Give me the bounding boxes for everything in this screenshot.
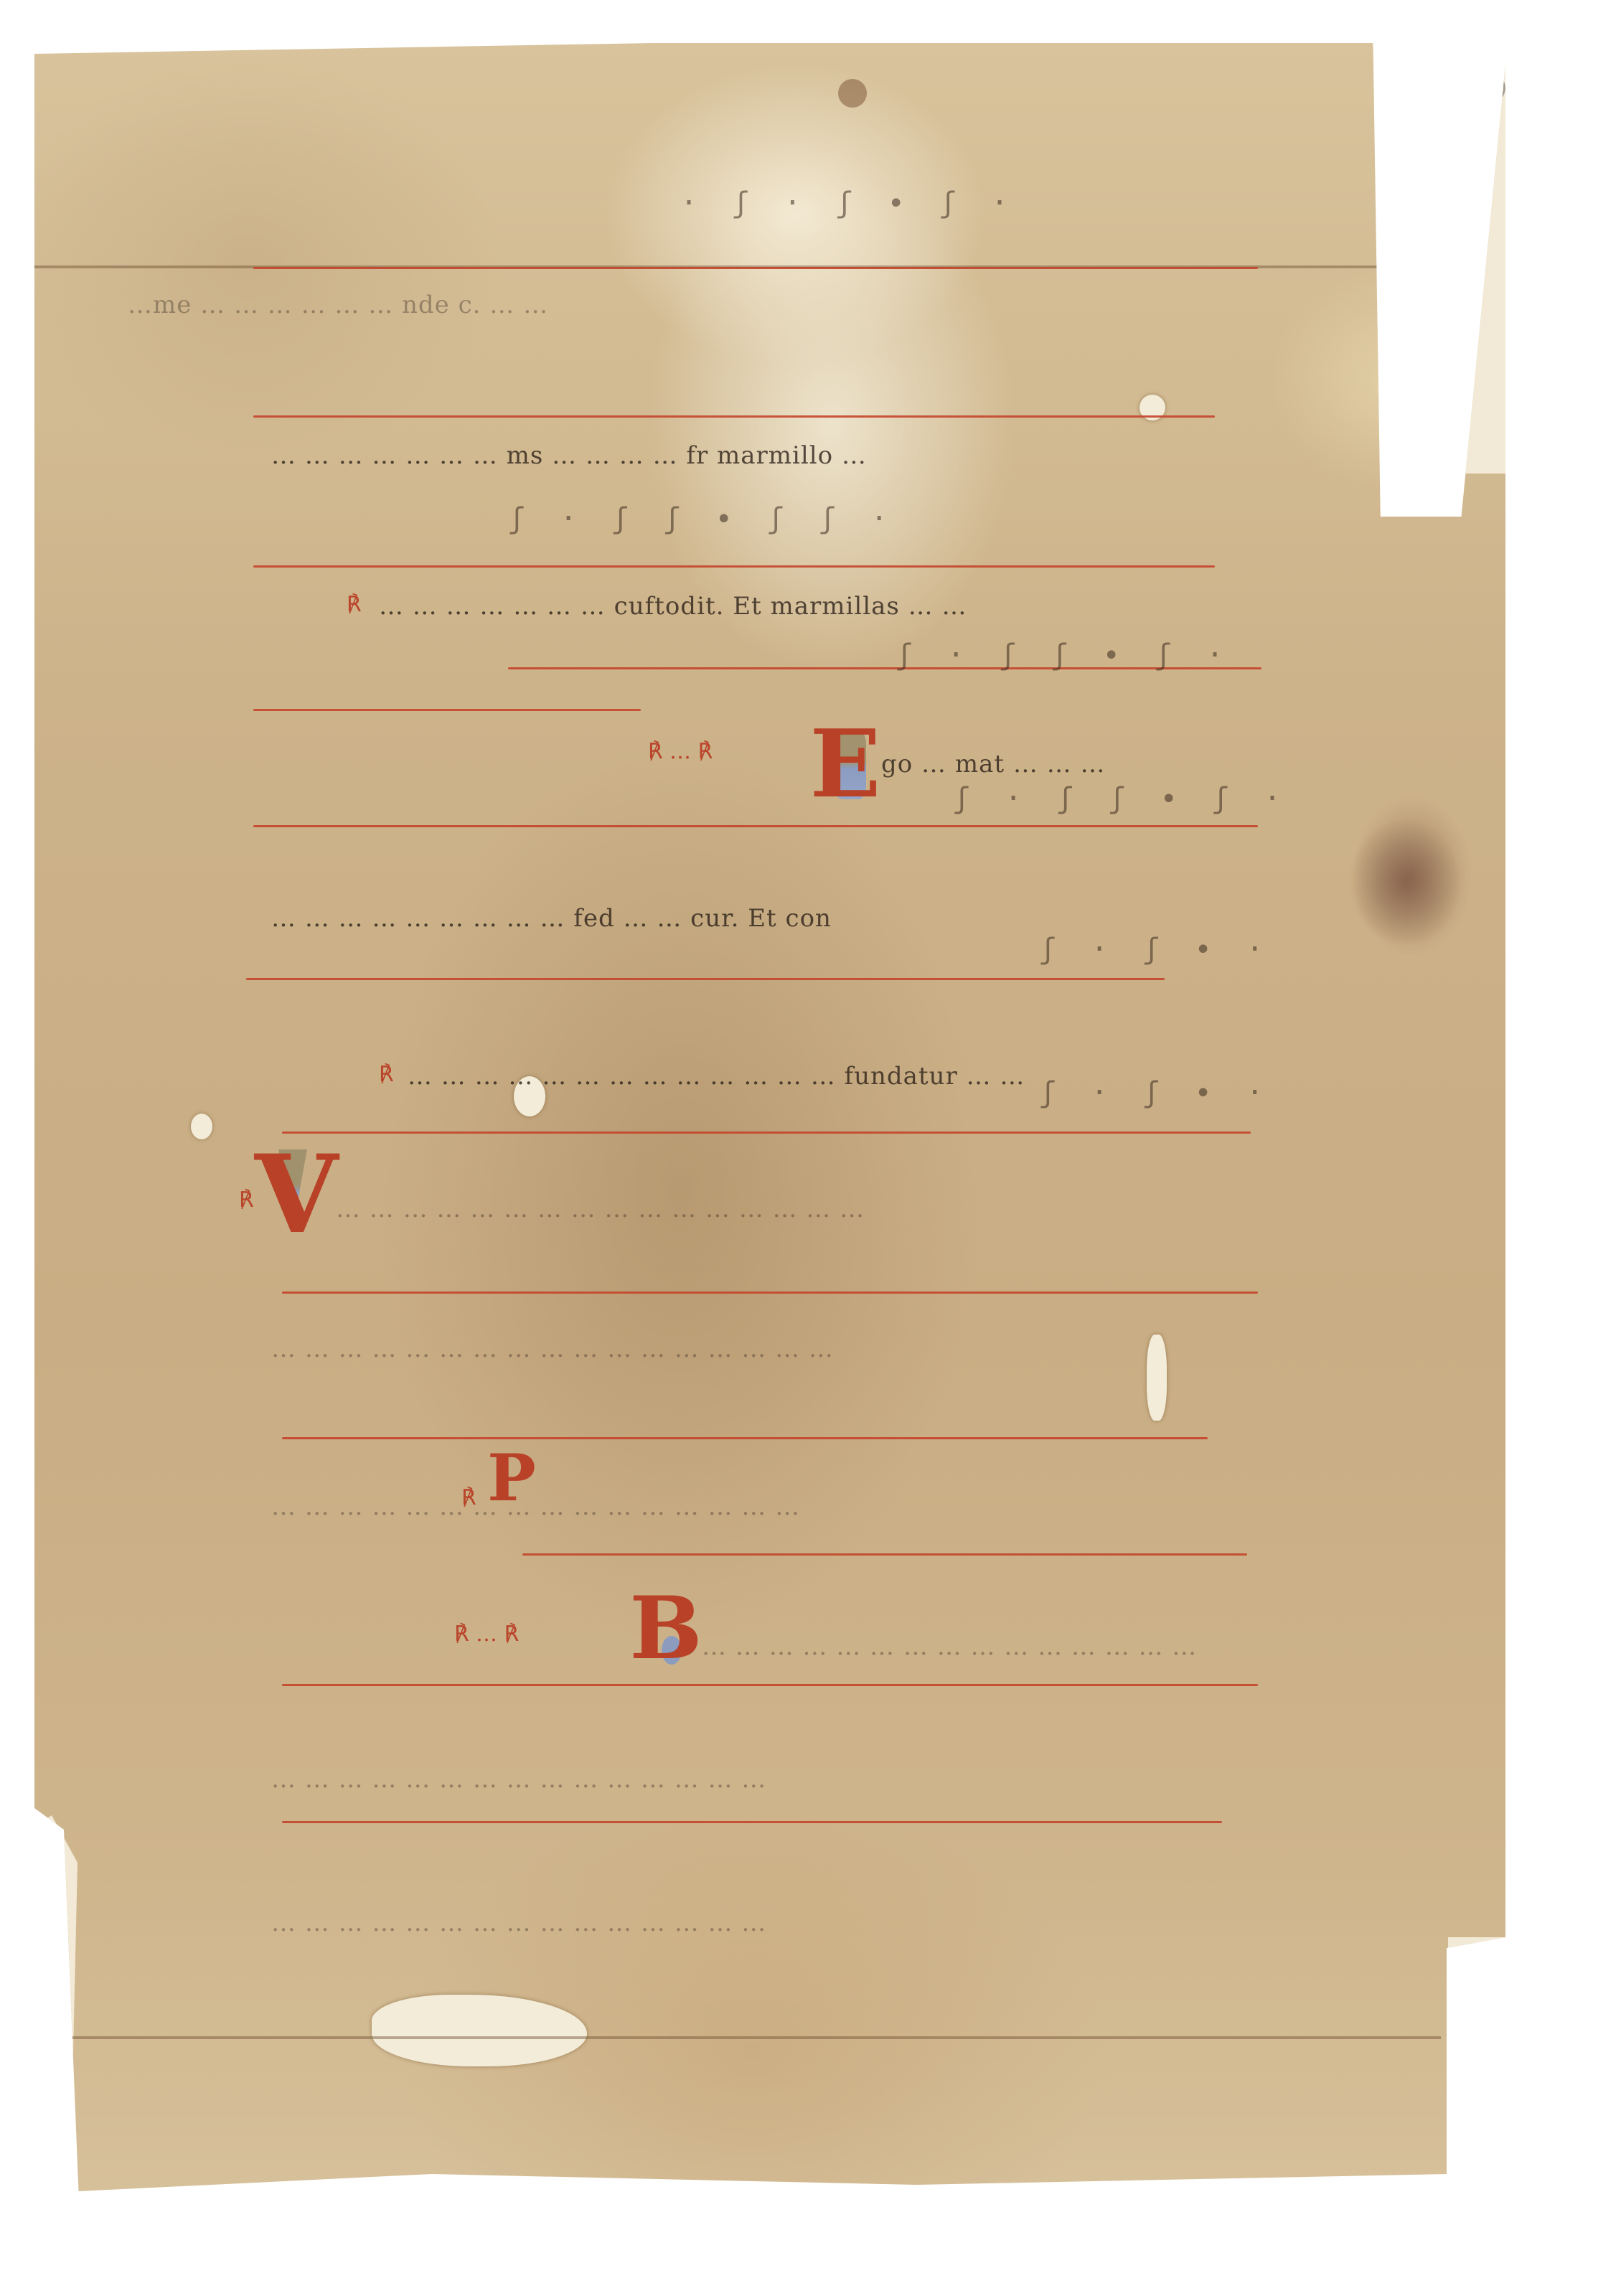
neumes: ʃ · ʃ ʃ ∙ ʃ · (953, 782, 1289, 815)
text-line-3: … … … … … … … cuftodit. Et marmillas … … (379, 592, 967, 621)
text-line-2: … … … … … … … ms … … … … fr marmillo … (271, 441, 867, 470)
text-line-11: … … … … … … … … … … … … … … … (271, 1765, 766, 1794)
neumes: ʃ · ʃ ∙ · (1039, 933, 1272, 966)
neumes: ʃ · ʃ ʃ ∙ ʃ ʃ · (508, 502, 896, 535)
text-line-1: …me … … … … … … nde c. … … (128, 291, 548, 319)
staff-rule (253, 267, 1258, 269)
fold-line-bottom (34, 2036, 1441, 2039)
text-line-6: … … … … … … … … … … … … … fundatur … … (408, 1062, 1025, 1091)
staff-rule (282, 1821, 1222, 1823)
text-line-5: … … … … … … … … … fed … … cur. Et con (271, 904, 832, 933)
unstained-margin-bottom-right (1448, 1937, 1505, 2196)
decorated-initial-v: V (257, 1141, 336, 1248)
rubric-response-mark: ℟ (239, 1187, 254, 1213)
staff-rule (282, 1684, 1258, 1686)
text-line-12: … … … … … … … … … … … … … … … (271, 1909, 766, 1937)
neumes: ʃ · ʃ ʃ ∙ ʃ · (896, 639, 1232, 672)
rubric-response-mark: ℟ (379, 1062, 394, 1087)
decorated-initial-e: E (813, 717, 878, 811)
pencil-folio-mark: (7) (1477, 75, 1508, 100)
parchment-leaf: · ʃ · ʃ ∙ ʃ · ʃ · ʃ ʃ ∙ ʃ ʃ · ʃ · ʃ ʃ ∙ … (34, 43, 1505, 2196)
staff-rule (282, 1131, 1251, 1134)
dot-stain (838, 79, 867, 108)
decorated-initial-b: B (637, 1586, 695, 1672)
text-line-8: … … … … … … … … … … … … … … … … … (271, 1335, 834, 1363)
neumes: · ʃ · ʃ ∙ ʃ · (680, 187, 1017, 220)
staff-rule (522, 1553, 1247, 1556)
unstained-margin-left (34, 1815, 77, 2052)
staff-rule (253, 825, 1258, 827)
rubric-response-mark: ℟ … ℟ (454, 1622, 519, 1647)
staff-rule (246, 978, 1165, 980)
rubric-response-mark: ℟ … ℟ (648, 739, 713, 764)
staff-rule (282, 1291, 1258, 1294)
text-line-7: … … … … … … … … … … … … … … … … (336, 1195, 865, 1223)
staff-rule (253, 709, 641, 711)
staff-rule (253, 415, 1215, 418)
decorated-initial-p: P (487, 1442, 537, 1514)
text-line-10: … … … … … … … … … … … … … … … (702, 1632, 1197, 1661)
parchment-hole-4 (1147, 1335, 1167, 1421)
rubric-response-mark: ℟ (347, 592, 362, 617)
staff-rule (253, 565, 1215, 568)
unstained-margin-top-right (1373, 43, 1505, 474)
staff-rule (282, 1437, 1208, 1439)
neumes: ʃ · ʃ ∙ · (1039, 1076, 1272, 1109)
dark-stain-right (1348, 818, 1462, 947)
parchment-hole-2 (191, 1114, 212, 1139)
text-line-4: go … mat … … … (881, 750, 1105, 778)
parchment-tear-bottom (372, 1995, 587, 2066)
